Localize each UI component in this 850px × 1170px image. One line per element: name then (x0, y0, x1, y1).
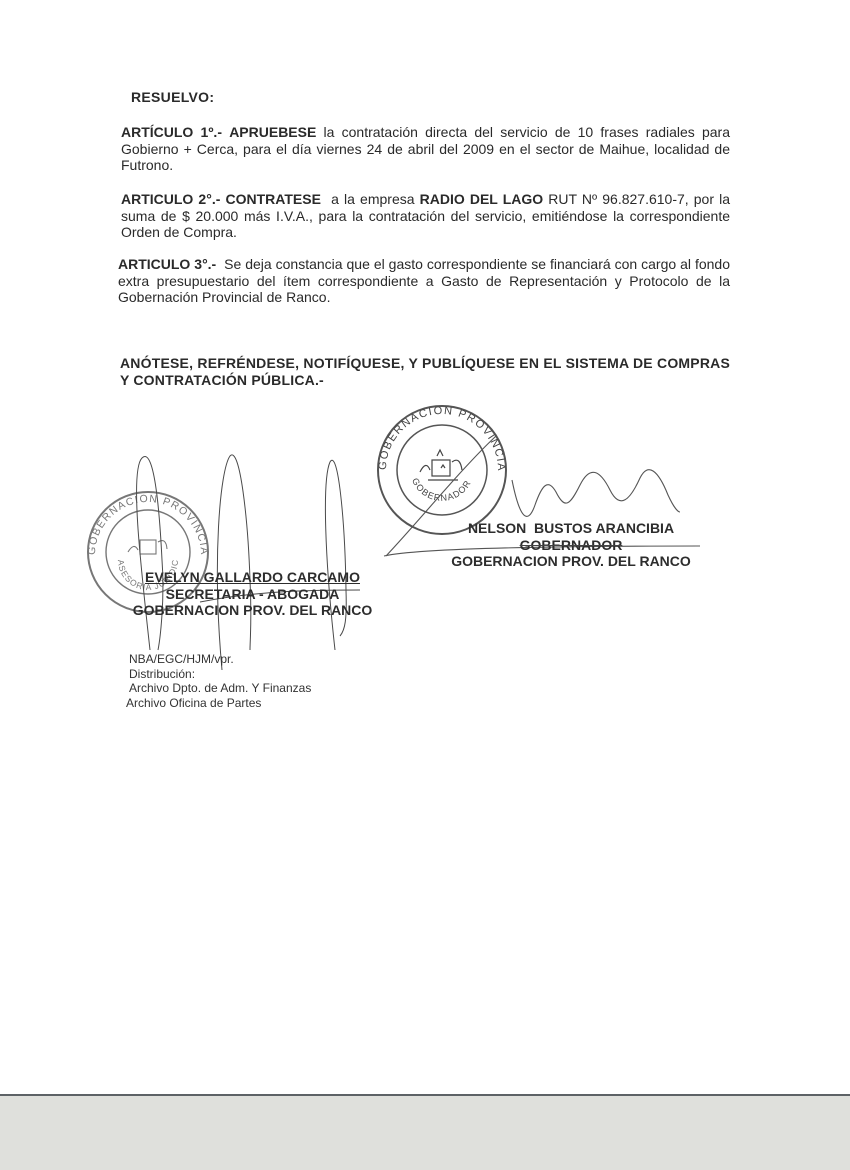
article-1-verb: APRUEBESE (229, 124, 316, 140)
signatory-secretaria: EVELYN GALLARDO CARCAMO SECRETARIA - ABO… (110, 569, 395, 619)
resolution-heading: RESUELVO: (131, 89, 214, 105)
article-3-label: ARTICULO 3°.- (118, 256, 216, 272)
article-2-text-before: a la empresa (321, 191, 420, 207)
initials: NBA/EGC/HJM/vpr. (129, 652, 311, 667)
article-2-verb: CONTRATESE (226, 191, 321, 207)
signatory-name: EVELYN GALLARDO CARCAMO (110, 569, 395, 586)
distribution-item: Archivo Dpto. de Adm. Y Finanzas (129, 681, 311, 696)
distribution-label: Distribución: (129, 667, 311, 682)
distribution-item: Archivo Oficina de Partes (126, 696, 311, 711)
distribution-footer: NBA/EGC/HJM/vpr. Distribución: Archivo D… (129, 652, 311, 710)
signatory-title: SECRETARIA - ABOGADA (110, 586, 395, 603)
scanner-edge (0, 1094, 850, 1170)
closing-statement: ANÓTESE, REFRÉNDESE, NOTIFÍQUESE, Y PUBL… (120, 355, 730, 388)
article-2-label: ARTICULO 2°.- (121, 191, 220, 207)
article-3: ARTICULO 3°.- Se deja constancia que el … (118, 256, 730, 306)
signatory-office: GOBERNACION PROV. DEL RANCO (440, 553, 702, 570)
article-1-label: ARTÍCULO 1º.- (121, 124, 222, 140)
signatory-name: NELSON BUSTOS ARANCIBIA (440, 520, 702, 537)
signatory-gobernador: NELSON BUSTOS ARANCIBIA GOBERNADOR GOBER… (440, 520, 702, 570)
signatory-title: GOBERNADOR (440, 537, 702, 554)
signatory-office: GOBERNACION PROV. DEL RANCO (110, 602, 395, 619)
article-2: ARTICULO 2°.- CONTRATESE a la empresa RA… (121, 191, 730, 241)
article-2-company: RADIO DEL LAGO (420, 191, 544, 207)
article-1: ARTÍCULO 1º.- APRUEBESE la contratación … (121, 124, 730, 174)
